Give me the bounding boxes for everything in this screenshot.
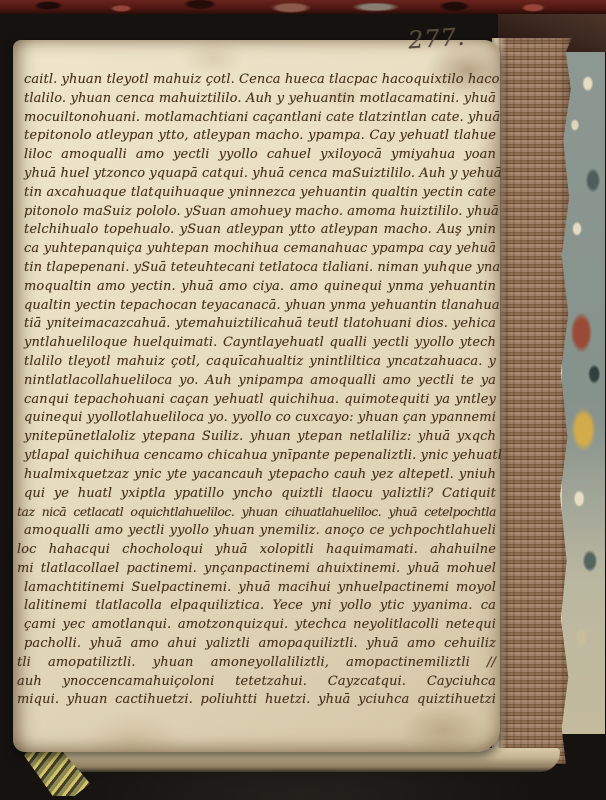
text-line: taz nicā cetlacatl oquichtlahueliloc. yh… — [17, 503, 496, 522]
text-line: mi tlatlacollael pactinemi. ynçanpactine… — [17, 560, 496, 579]
text-line: lamachtitinemi Suelpactinemi. yhuā macih… — [24, 579, 496, 598]
marbled-endpaper — [560, 42, 605, 734]
folio-number: 277. — [407, 22, 479, 55]
page-fore-edge-stack — [492, 38, 574, 764]
text-line: tli amopatiliztli. yhuan amoneyollaliliz… — [17, 654, 496, 673]
text-line: qualtin yectin tepachocan teyacanacā. yh… — [24, 297, 496, 316]
text-line: quinequi yyollotlahueliloca yo. yyollo c… — [24, 409, 496, 428]
text-line: pacholli. yhuā amo ahui yaliztli amopaqu… — [24, 635, 496, 654]
text-line: moqualtin amo yectin. yhuā amo ciya. amo… — [24, 278, 496, 297]
text-line: canqui tepachohuani caçan yehuatl quichi… — [24, 391, 496, 410]
text-line: hualmixquetzaz ynic yte yacancauh ytepac… — [24, 466, 496, 485]
text-line: ca yuhtepanquiça yuhtepan mochihua ceman… — [24, 240, 496, 259]
marbled-headcap-strip — [0, 0, 606, 14]
text-line: yntlahueliloque huelquimati. Cayntlayehu… — [24, 334, 496, 353]
text-line: loc hahacqui chocholoqui yhuā xolopitli … — [17, 541, 496, 560]
text-line: lalitinemi tlatlacolla elpaquiliztica. Y… — [24, 597, 496, 616]
text-line: ytlapal quichihua cencamo chicahua ynīpa… — [24, 447, 496, 466]
text-line: tlalilo tleyotl mahuiz çotl, caquīcahual… — [24, 353, 496, 372]
text-line: nintlatlacollahueliloca yo. Auh ynipampa… — [24, 372, 496, 391]
text-line: caitl. yhuan tleyotl mahuiz çotl. Cenca … — [24, 71, 496, 90]
book-photograph: 277. caitl. yhuan tleyotl mahuiz çotl. C… — [0, 0, 606, 800]
text-line: auh ynoccencamahuiçoloni tetetzahui. Cay… — [17, 673, 496, 692]
text-line: telchihualo topehualo. ySuan atleypan yt… — [24, 221, 496, 240]
text-line: liloc amoqualli amo yectli yyollo cahuel… — [24, 146, 496, 165]
text-line: yhuā huel ytzonco yquapā catqui. yhuā ce… — [24, 165, 496, 184]
text-line: pitonolo maSuiz pololo. ySuan amohuey ma… — [24, 203, 496, 222]
text-line: miqui. yhuan cactihuetzi. poliuhtti huet… — [17, 691, 496, 710]
text-line: tin axcahuaque tlatquihuaque yninnezca y… — [24, 184, 496, 203]
text-line: tiā yniteimacazcahuā. ytemahuiztilicahuā… — [24, 315, 496, 334]
text-line: ynitepūnetlaloliz ytepana Suiliz. yhuan … — [24, 428, 496, 447]
text-line: tlalilo. yhuan cenca mahuiztililo. Auh y… — [24, 90, 496, 109]
text-line: mocuiltonohuani. motlamachtiani caçantla… — [24, 109, 496, 128]
text-line: amoqualli amo yectli yyollo yhuan ynemil… — [24, 522, 496, 541]
text-line: qui ye huatl yxiptla ypatillo yncho quiz… — [24, 485, 496, 504]
text-line: tepitonolo atleypan ytto, atleypan macho… — [24, 127, 496, 146]
manuscript-text-block: caitl. yhuan tleyotl mahuiz çotl. Cenca … — [24, 71, 496, 710]
text-line: tin tlapepenani. ySuā teteuhtecani tetla… — [24, 259, 496, 278]
text-line: çami yec amotlanqui. amotzonquizqui. yte… — [24, 616, 496, 635]
